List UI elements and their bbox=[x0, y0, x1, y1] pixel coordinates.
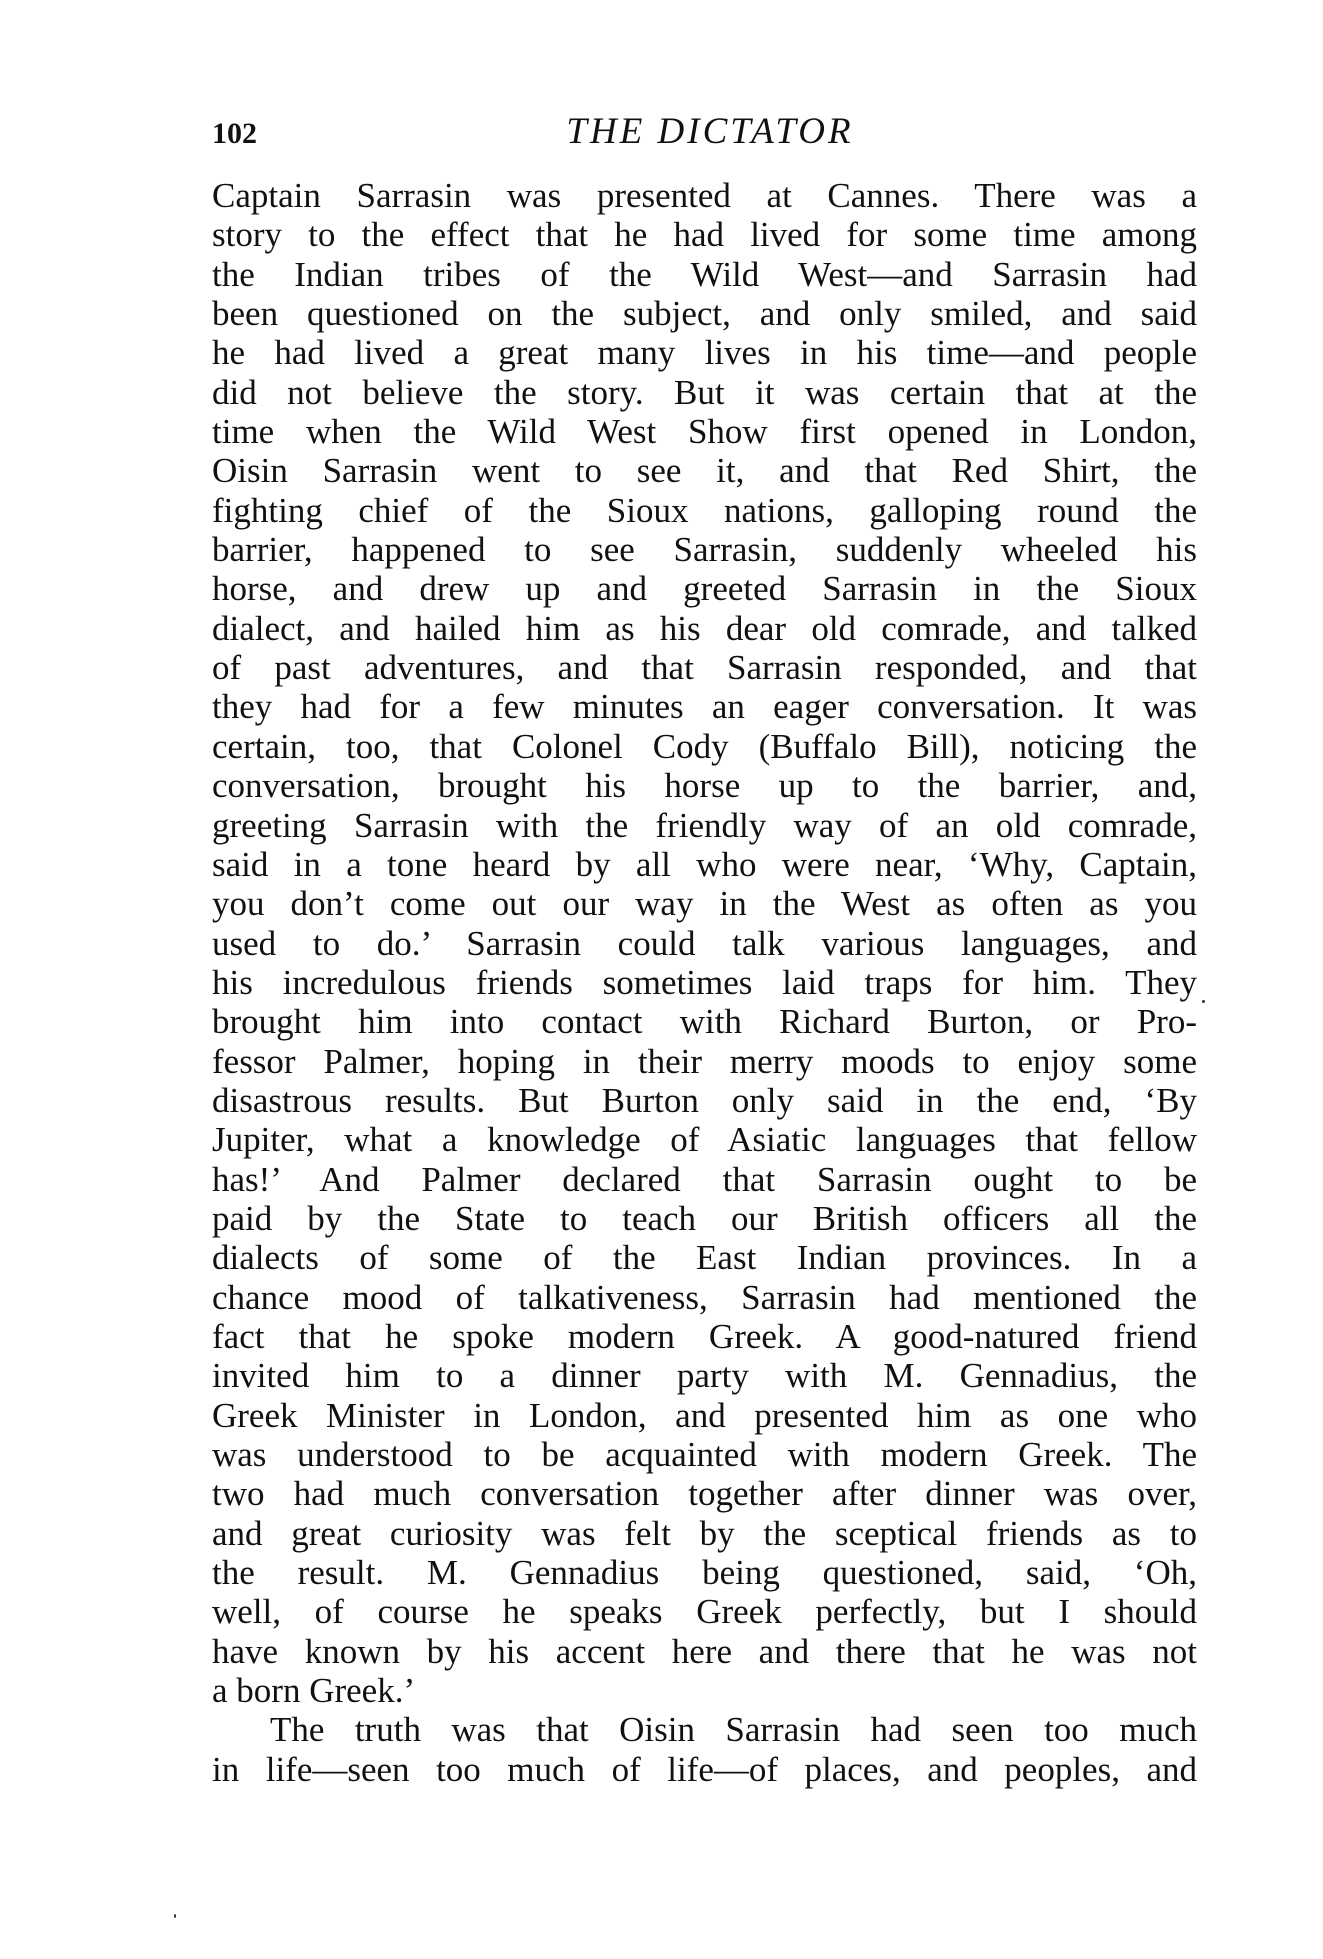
text-line-content: did not believe the story. But it was ce… bbox=[212, 373, 1197, 412]
text-line: said in a tone heard by all who were nea… bbox=[212, 845, 1197, 884]
book-page: 102 THE DICTATOR Captain Sarrasin was pr… bbox=[0, 0, 1323, 1959]
text-line-content: you don’t come out our way in the West a… bbox=[212, 884, 1197, 923]
text-line: brought him into contact with Richard Bu… bbox=[212, 1002, 1197, 1041]
text-line-content: fessor Palmer, hoping in their merry moo… bbox=[212, 1042, 1197, 1081]
text-line: chance mood of talkativeness, Sarrasin h… bbox=[212, 1278, 1197, 1317]
text-line: invited him to a dinner party with M. Ge… bbox=[212, 1356, 1197, 1395]
text-line-content: Jupiter, what a knowledge of Asiatic lan… bbox=[212, 1120, 1197, 1159]
text-line: story to the effect that he had lived fo… bbox=[212, 215, 1197, 254]
text-line-content: horse, and drew up and greeted Sarrasin … bbox=[212, 569, 1197, 608]
text-line-content: dialects of some of the East Indian prov… bbox=[212, 1238, 1197, 1277]
text-line-content: well, of course he speaks Greek perfectl… bbox=[212, 1592, 1197, 1631]
text-line-content: a born Greek.’ bbox=[212, 1671, 1197, 1710]
text-line: fact that he spoke modern Greek. A good-… bbox=[212, 1317, 1197, 1356]
text-line-content: brought him into contact with Richard Bu… bbox=[212, 1002, 1197, 1041]
text-line-content: greeting Sarrasin with the friendly way … bbox=[212, 806, 1197, 845]
text-line-content: time when the Wild West Show first opene… bbox=[212, 412, 1197, 451]
text-line-content: barrier, happened to see Sarrasin, sudde… bbox=[212, 530, 1197, 569]
text-line-paragraph-start: The truth was that Oisin Sarrasin had se… bbox=[212, 1710, 1197, 1749]
print-speck bbox=[174, 1914, 176, 1918]
page-number: 102 bbox=[212, 116, 257, 152]
running-head: 102 THE DICTATOR bbox=[212, 112, 1197, 156]
text-line: his incredulous friends sometimes laid t… bbox=[212, 963, 1197, 1002]
text-line: Captain Sarrasin was presented at Cannes… bbox=[212, 176, 1197, 215]
text-line-content: has!’ And Palmer declared that Sarrasin … bbox=[212, 1160, 1197, 1199]
text-line: paid by the State to teach our British o… bbox=[212, 1199, 1197, 1238]
text-line: you don’t come out our way in the West a… bbox=[212, 884, 1197, 923]
text-line: horse, and drew up and greeted Sarrasin … bbox=[212, 569, 1197, 608]
text-line: disastrous results. But Burton only said… bbox=[212, 1081, 1197, 1120]
text-line-content: have known by his accent here and there … bbox=[212, 1632, 1197, 1671]
text-line-content: Greek Minister in London, and presented … bbox=[212, 1396, 1197, 1435]
text-line-content: fighting chief of the Sioux nations, gal… bbox=[212, 491, 1197, 530]
text-line-content: chance mood of talkativeness, Sarrasin h… bbox=[212, 1278, 1197, 1317]
text-line-content: and great curiosity was felt by the scep… bbox=[212, 1514, 1197, 1553]
text-line: of past adventures, and that Sarrasin re… bbox=[212, 648, 1197, 687]
text-line-content: conversation, brought his horse up to th… bbox=[212, 766, 1197, 805]
text-line-content: The truth was that Oisin Sarrasin had se… bbox=[270, 1710, 1197, 1749]
text-line-content: dialect, and hailed him as his dear old … bbox=[212, 609, 1197, 648]
text-line: been questioned on the subject, and only… bbox=[212, 294, 1197, 333]
text-line: dialects of some of the East Indian prov… bbox=[212, 1238, 1197, 1277]
text-line-content: Captain Sarrasin was presented at Cannes… bbox=[212, 176, 1197, 215]
text-line: certain, too, that Colonel Cody (Buffalo… bbox=[212, 727, 1197, 766]
text-line-content: paid by the State to teach our British o… bbox=[212, 1199, 1197, 1238]
text-line-content: story to the effect that he had lived fo… bbox=[212, 215, 1197, 254]
text-line-content: he had lived a great many lives in his t… bbox=[212, 333, 1197, 372]
running-title: THE DICTATOR bbox=[550, 112, 870, 152]
text-line: he had lived a great many lives in his t… bbox=[212, 333, 1197, 372]
print-speck bbox=[1202, 1000, 1205, 1003]
text-line: used to do.’ Sarrasin could talk various… bbox=[212, 924, 1197, 963]
text-line: Jupiter, what a knowledge of Asiatic lan… bbox=[212, 1120, 1197, 1159]
text-line-content: used to do.’ Sarrasin could talk various… bbox=[212, 924, 1197, 963]
text-line-content: invited him to a dinner party with M. Ge… bbox=[212, 1356, 1197, 1395]
text-line-content: disastrous results. But Burton only said… bbox=[212, 1081, 1197, 1120]
text-line: conversation, brought his horse up to th… bbox=[212, 766, 1197, 805]
text-line: fessor Palmer, hoping in their merry moo… bbox=[212, 1042, 1197, 1081]
text-line-content: two had much conversation together after… bbox=[212, 1474, 1197, 1513]
text-line: and great curiosity was felt by the scep… bbox=[212, 1514, 1197, 1553]
text-line: barrier, happened to see Sarrasin, sudde… bbox=[212, 530, 1197, 569]
text-line-paragraph-end: a born Greek.’ bbox=[212, 1671, 1197, 1710]
text-line: was understood to be acquainted with mod… bbox=[212, 1435, 1197, 1474]
text-line: greeting Sarrasin with the friendly way … bbox=[212, 806, 1197, 845]
text-line-content: his incredulous friends sometimes laid t… bbox=[212, 963, 1197, 1002]
text-line-content: was understood to be acquainted with mod… bbox=[212, 1435, 1197, 1474]
text-line: well, of course he speaks Greek perfectl… bbox=[212, 1592, 1197, 1631]
text-line: they had for a few minutes an eager conv… bbox=[212, 687, 1197, 726]
text-line: the result. M. Gennadius being questione… bbox=[212, 1553, 1197, 1592]
text-line: has!’ And Palmer declared that Sarrasin … bbox=[212, 1160, 1197, 1199]
text-line: dialect, and hailed him as his dear old … bbox=[212, 609, 1197, 648]
text-line: did not believe the story. But it was ce… bbox=[212, 373, 1197, 412]
text-line-content: been questioned on the subject, and only… bbox=[212, 294, 1197, 333]
text-line-content: in life—seen too much of life—of places,… bbox=[212, 1750, 1197, 1789]
text-line-content: of past adventures, and that Sarrasin re… bbox=[212, 648, 1197, 687]
body-text: Captain Sarrasin was presented at Cannes… bbox=[212, 176, 1197, 1789]
text-line: have known by his accent here and there … bbox=[212, 1632, 1197, 1671]
text-line: two had much conversation together after… bbox=[212, 1474, 1197, 1513]
text-line-content: they had for a few minutes an eager conv… bbox=[212, 687, 1197, 726]
text-line-content: the result. M. Gennadius being questione… bbox=[212, 1553, 1197, 1592]
text-line-content: Oisin Sarrasin went to see it, and that … bbox=[212, 451, 1197, 490]
text-line-content: fact that he spoke modern Greek. A good-… bbox=[212, 1317, 1197, 1356]
text-line: Oisin Sarrasin went to see it, and that … bbox=[212, 451, 1197, 490]
text-line: in life—seen too much of life—of places,… bbox=[212, 1750, 1197, 1789]
text-line: time when the Wild West Show first opene… bbox=[212, 412, 1197, 451]
text-line-content: the Indian tribes of the Wild West—and S… bbox=[212, 255, 1197, 294]
text-line-content: certain, too, that Colonel Cody (Buffalo… bbox=[212, 727, 1197, 766]
text-line: fighting chief of the Sioux nations, gal… bbox=[212, 491, 1197, 530]
text-line: the Indian tribes of the Wild West—and S… bbox=[212, 255, 1197, 294]
text-line-content: said in a tone heard by all who were nea… bbox=[212, 845, 1197, 884]
text-line: Greek Minister in London, and presented … bbox=[212, 1396, 1197, 1435]
